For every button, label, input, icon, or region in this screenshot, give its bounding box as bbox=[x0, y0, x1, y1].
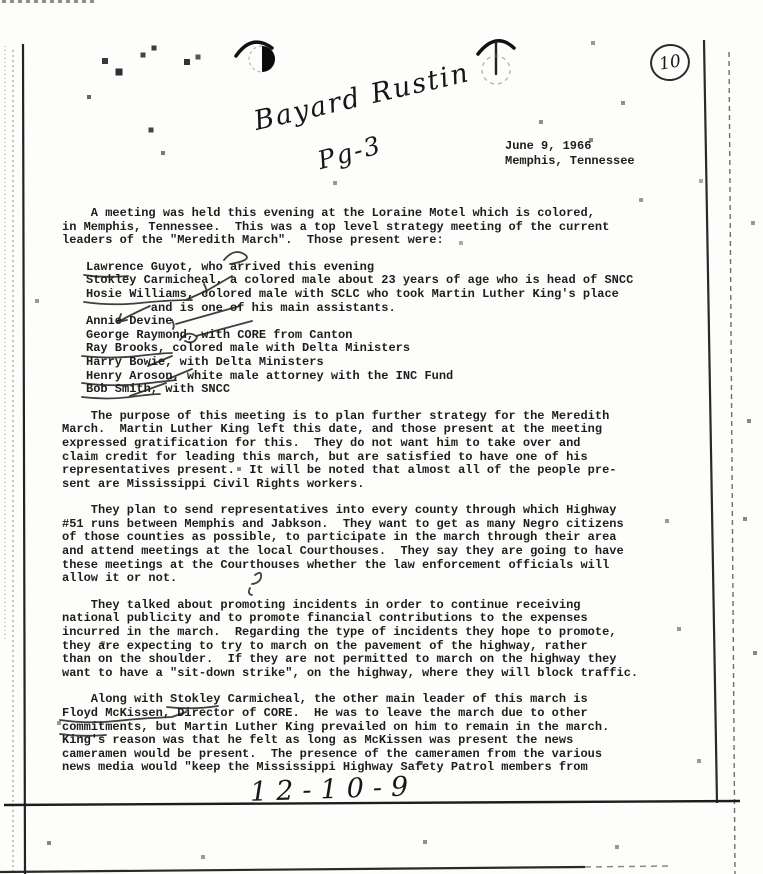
handwritten-page-note: Pg-3 bbox=[314, 130, 384, 175]
left-edge-line bbox=[23, 44, 25, 874]
paragraph-mckissen: Along with Stokley Carmicheal, the other… bbox=[62, 693, 722, 775]
fastener-mark-right bbox=[478, 41, 514, 84]
perforation-dashes bbox=[2, 0, 96, 3]
scanned-memo-page: Bayard Rustin Pg-3 10 12-10-9 June 9, 19… bbox=[0, 0, 763, 874]
paragraph-incidents: They talked about promoting incidents in… bbox=[62, 599, 722, 681]
handwritten-name-note: Bayard Rustin bbox=[251, 57, 473, 137]
attendee-list: Lawrence Guyot, who arrived this evening… bbox=[86, 261, 722, 397]
copy-edge-line-fade bbox=[585, 866, 668, 867]
fastener-mark-left bbox=[236, 42, 275, 72]
memo-body: A meeting was held this evening at the L… bbox=[62, 207, 722, 788]
paragraph-purpose: The purpose of this meeting is to plan f… bbox=[62, 410, 722, 492]
toner-specks bbox=[0, 0, 2, 2]
paragraph-highway-plan: They plan to send representatives into e… bbox=[62, 504, 722, 586]
right-dashed-line bbox=[729, 52, 735, 874]
copy-edge-line bbox=[0, 867, 585, 872]
circled-page-number: 10 bbox=[647, 41, 693, 84]
paragraph-intro: A meeting was held this evening at the L… bbox=[62, 207, 722, 248]
dateline: June 9, 1966 Memphis, Tennessee bbox=[505, 139, 635, 168]
